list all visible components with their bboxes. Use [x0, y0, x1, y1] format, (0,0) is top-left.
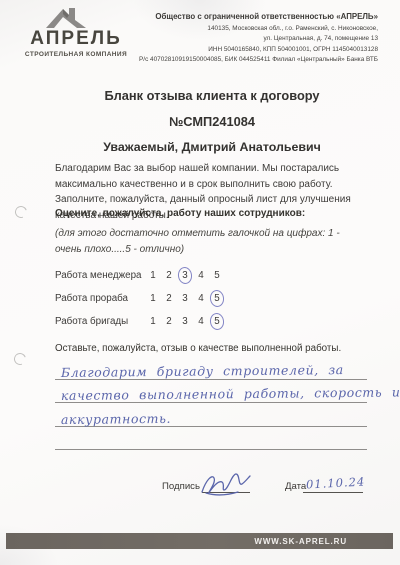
rating-number: 4	[195, 291, 207, 306]
company-bank-line: Р/с 40702810919150004085, БИК 044525411 …	[88, 55, 378, 65]
rating-number: 2	[163, 314, 175, 329]
company-inn-line: ИНН 5040165840, КПП 504001001, ОГРН 1145…	[88, 45, 378, 55]
rating-scale: 1 2 3 4 5	[147, 268, 223, 283]
contract-number: №СМП241084	[52, 114, 372, 129]
handwritten-text: Благодарим бригаду строителей, за	[61, 362, 344, 380]
punch-hole	[12, 351, 28, 367]
rating-scale: 1 2 3 4 5	[147, 291, 223, 306]
date-line	[303, 492, 363, 493]
ruled-line: качество выполненной работы, скорость и	[55, 380, 367, 404]
ruled-line: Благодарим бригаду строителей, за	[55, 356, 367, 380]
rating-number: 3	[179, 268, 191, 283]
company-name: Общество с ограниченной ответственностью…	[88, 12, 378, 21]
roof-icon	[46, 6, 92, 28]
document-title-block: Бланк отзыва клиента к договору №СМП2410…	[52, 88, 372, 154]
rating-number: 1	[147, 268, 159, 283]
document-title: Бланк отзыва клиента к договору	[52, 88, 372, 103]
rating-number: 2	[163, 268, 175, 283]
signature-scribble	[198, 466, 254, 500]
rating-scale: 1 2 3 4 5	[147, 314, 223, 329]
company-details: Общество с ограниченной ответственностью…	[88, 12, 378, 66]
signature-label: Подпись	[162, 481, 200, 492]
footer-website: WWW.SK-APREL.RU	[254, 537, 347, 546]
rate-hint: (для этого достаточно отметить галочкой …	[55, 226, 355, 258]
rating-number: 2	[163, 291, 175, 306]
rating-number: 4	[195, 314, 207, 329]
rating-number: 1	[147, 314, 159, 329]
scanned-feedback-form: АПРЕЛЬ СТРОИТЕЛЬНАЯ КОМПАНИЯ Общество с …	[0, 0, 400, 565]
company-address-line: 140135, Московская обл., г.о. Раменский,…	[88, 24, 378, 34]
rating-label: Работа бригады	[55, 316, 145, 327]
review-prompt: Оставьте, пожалуйста, отзыв о качестве в…	[55, 343, 375, 354]
rate-prompt: Оцените, пожалуйста, работу наших сотруд…	[55, 208, 373, 219]
rating-label: Работа прораба	[55, 293, 145, 304]
company-address-line: ул. Центральная, д. 74, помещение 13	[88, 34, 378, 44]
rating-number: 5	[211, 314, 223, 329]
rating-number: 4	[195, 268, 207, 283]
ruled-line: аккуратность.	[55, 403, 367, 427]
rating-number: 1	[147, 291, 159, 306]
handwritten-text: качество выполненной работы, скорость и	[61, 384, 400, 403]
rating-number: 5	[211, 268, 223, 283]
rating-number: 5	[211, 291, 223, 306]
rating-row-foreman: Работа прораба 1 2 3 4 5	[55, 287, 315, 310]
date-label: Дата	[285, 481, 306, 492]
rating-label: Работа менеджера	[55, 270, 145, 281]
signature-row: Подпись Дата 01.10.24	[0, 470, 400, 500]
handwritten-text: аккуратность.	[61, 410, 171, 426]
client-greeting: Уважаемый, Дмитрий Анатольевич	[52, 140, 372, 154]
ratings-section: Работа менеджера 1 2 3 4 5 Работа прораб…	[55, 264, 315, 333]
handwritten-review: Благодарим бригаду строителей, за качест…	[55, 356, 367, 450]
rating-number: 3	[179, 291, 191, 306]
rating-row-crew: Работа бригады 1 2 3 4 5	[55, 310, 315, 333]
rating-number: 3	[179, 314, 191, 329]
ruled-line	[55, 427, 367, 451]
rating-row-manager: Работа менеджера 1 2 3 4 5	[55, 264, 315, 287]
handwritten-date: 01.10.24	[306, 474, 366, 491]
punch-hole	[13, 204, 29, 220]
footer-bar: WWW.SK-APREL.RU	[6, 533, 393, 549]
